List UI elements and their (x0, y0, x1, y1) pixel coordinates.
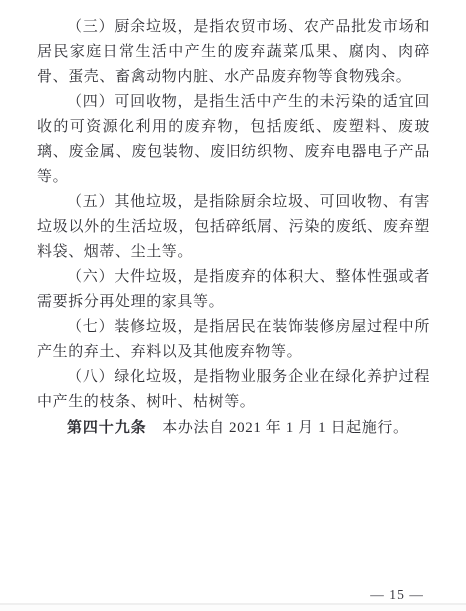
document-body: （三）厨余垃圾，是指农贸市场、农产品批发市场和居民家庭日常生活中产生的废弃蔬菜瓜… (37, 15, 430, 441)
paragraph-article-49: 第四十九条本办法自 2021 年 1 月 1 日起施行。 (37, 415, 430, 441)
document-page: （三）厨余垃圾，是指农贸市场、农产品批发市场和居民家庭日常生活中产生的废弃蔬菜瓜… (0, 0, 466, 611)
paragraph-kitchen-waste: （三）厨余垃圾，是指农贸市场、农产品批发市场和居民家庭日常生活中产生的废弃蔬菜瓜… (37, 15, 430, 90)
paragraph-recyclables: （四）可回收物，是指生活中产生的未污染的适宜回收的可资源化利用的废弃物，包括废纸… (37, 90, 430, 190)
paragraph-renovation-waste: （七）装修垃圾，是指居民在装饰装修房屋过程中所产生的弃土、弃料以及其他废弃物等。 (37, 315, 430, 365)
paragraph-other-waste: （五）其他垃圾，是指除厨余垃圾、可回收物、有害垃圾以外的生活垃圾，包括碎纸屑、污… (37, 190, 430, 265)
article-49-text: 本办法自 2021 年 1 月 1 日起施行。 (162, 420, 408, 436)
page-below-edge-area (0, 605, 466, 611)
article-49-number: 第四十九条 (67, 419, 147, 436)
paragraph-greening-waste: （八）绿化垃圾，是指物业服务企业在绿化养护过程中产生的枝条、树叶、枯树等。 (37, 365, 430, 415)
paragraph-bulky-waste: （六）大件垃圾，是指废弃的体积大、整体性强或者需要拆分再处理的家具等。 (37, 265, 430, 315)
page-number: — 15 — (370, 587, 424, 603)
